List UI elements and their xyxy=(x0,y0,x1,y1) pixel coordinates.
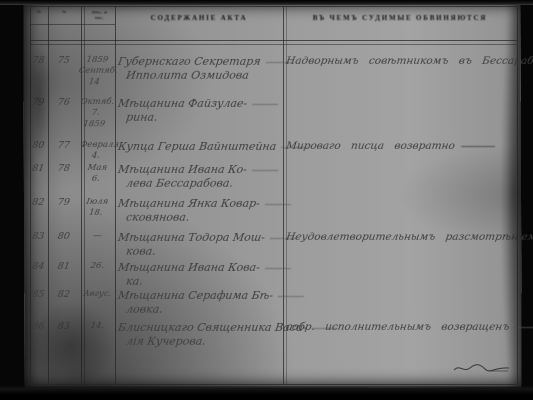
table-row: 78 75 1859Сентяб.14 Губернскаго Секретар… xyxy=(30,55,517,88)
entry-content: Мѣщанина Янка Ковар-сковянова. xyxy=(111,197,283,225)
header-separator xyxy=(30,40,517,41)
entry-content: Купца Герша Вайнштейна xyxy=(112,140,283,162)
entry-number-2: 80 xyxy=(44,231,81,259)
scan-smudge xyxy=(500,6,526,386)
entry-content: Мѣщанина Серафима Бѣ-ловка. xyxy=(111,289,283,317)
entry-note xyxy=(279,197,517,225)
entry-date: — xyxy=(77,231,115,259)
verdict-column-header: ВЪ ЧЕМЪ СУДИМЫЕ ОБВИНЯЮТСЯ xyxy=(283,14,517,22)
entry-note: Мироваго писца возвратно xyxy=(280,140,517,162)
number-column-header: № xyxy=(50,10,78,14)
entry-content: Мѣщанина Ивана Ко-лева Бессарабова. xyxy=(111,163,283,191)
entry-note xyxy=(279,289,517,317)
scan-smudge xyxy=(26,40,52,160)
entry-content: Губернскаго СекретаряИпполита Озмидова xyxy=(110,55,283,88)
entry-number-2: 81 xyxy=(44,261,81,289)
header-separator xyxy=(30,44,517,45)
entry-note xyxy=(278,97,517,130)
entry-date: Октяб.7.1859 xyxy=(76,97,115,130)
table-border-top xyxy=(30,6,517,7)
entry-content: Мѣщанина Ивана Кова-ка. xyxy=(111,261,283,289)
entry-note xyxy=(279,163,517,191)
table-row: 80 77 Февраля4. Купца Герша Вайнштейна М… xyxy=(30,140,517,162)
table-row: 84 81 26. Мѣщанина Ивана Кова-ка. xyxy=(30,261,517,289)
entry-number-2: 79 xyxy=(44,197,81,225)
entry-note: Неудовлетворительнымъ разсмотрѣніемъ xyxy=(279,231,533,259)
table-row: 82 79 Іюля18. Мѣщанина Янка Ковар-сковян… xyxy=(30,197,517,225)
scan-smudge xyxy=(26,300,116,390)
scanned-ledger-page: № № Мѣс. и чис. СОДЕРЖАНІЕ АКТА ВЪ ЧЕМЪ … xyxy=(0,0,533,400)
scan-top-edge xyxy=(0,0,533,5)
entry-content: Мѣщанина Файзулае-рина. xyxy=(110,97,283,130)
entry-content: Мѣщанина Тодора Мош-кова. xyxy=(111,231,283,259)
scan-bottom-edge xyxy=(0,386,533,400)
entry-note: Надворнымъ совѣтникомъ въ Бессарабіи xyxy=(278,55,533,88)
entry-note xyxy=(279,261,517,289)
table-row: 83 80 — Мѣщанина Тодора Мош-кова. Неудов… xyxy=(30,231,517,259)
entry-date: Мая6. xyxy=(77,163,115,191)
entry-date: Іюля18. xyxy=(77,197,115,225)
date-column-header: Мѣс. и чис. xyxy=(86,11,112,35)
entry-content: Блисницкаго Священника Васи-лія Кучерова… xyxy=(111,321,283,349)
entry-date: 26. xyxy=(77,261,115,289)
table-row: 79 76 Октяб.7.1859 Мѣщанина Файзулае-рин… xyxy=(30,97,517,130)
table-row: 81 78 Мая6. Мѣщанина Ивана Ко-лева Бесса… xyxy=(30,163,517,191)
content-column-header: СОДЕРЖАНІЕ АКТА xyxy=(115,14,283,22)
entry-date: 1859Сентяб.14 xyxy=(76,55,115,88)
entry-note: собр. исполнительнымъ возвращенъ xyxy=(279,321,533,349)
entry-date: Февраля4. xyxy=(78,140,115,162)
entry-number-2: 78 xyxy=(44,163,81,191)
number-column-header: № xyxy=(31,10,46,14)
